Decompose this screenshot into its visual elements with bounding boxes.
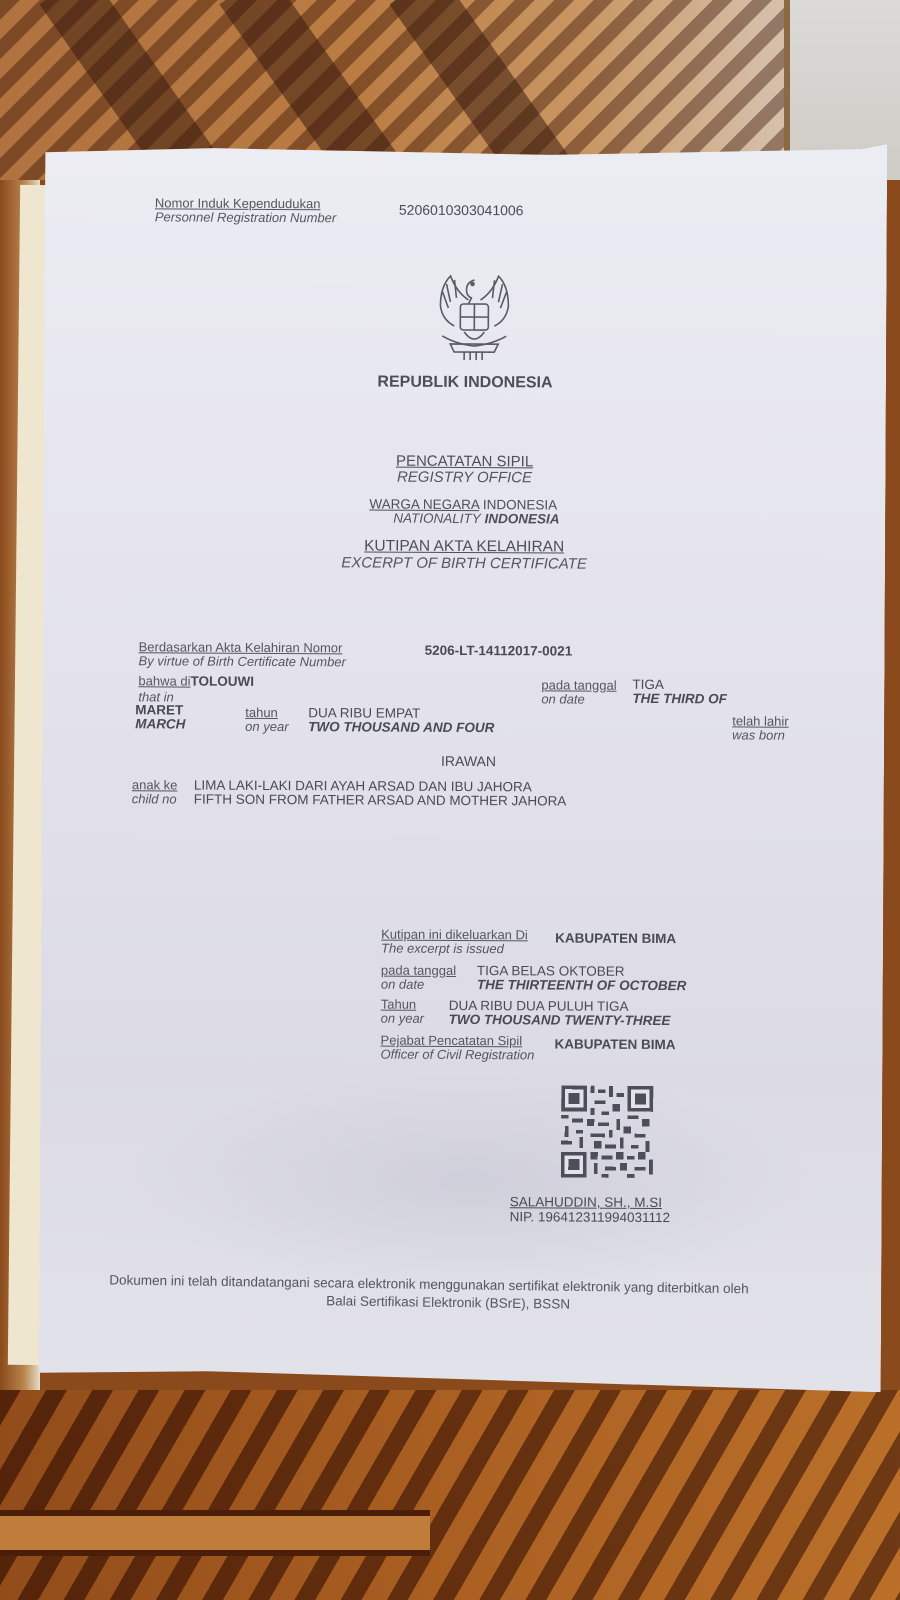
nationality-block: WARGA NEGARA INDONESIA NATIONALITY INDON… bbox=[369, 498, 559, 527]
officer-value: KABUPATEN BIMA bbox=[555, 1037, 676, 1052]
certificate-number: 5206-LT-14112017-0021 bbox=[425, 644, 573, 659]
birth-day-block: TIGA THE THIRD OF bbox=[632, 678, 727, 706]
paper-crease bbox=[119, 1070, 820, 1294]
officer-label-en: Officer of Civil Registration bbox=[380, 1048, 534, 1063]
nationality-label-en: NATIONALITY bbox=[393, 511, 481, 526]
issued-label-block: Kutipan ini dikeluarkan Di The excerpt i… bbox=[381, 928, 528, 957]
certificate-label-en: By virtue of Birth Certificate Number bbox=[139, 654, 346, 669]
child-value-en: FIFTH SON FROM FATHER ARSAD AND MOTHER J… bbox=[194, 793, 567, 809]
signatory-nip: NIP. 196412311994031112 bbox=[510, 1209, 670, 1225]
nationality-label: WARGA NEGARA bbox=[369, 497, 479, 513]
birth-year-value-en: TWO THOUSAND AND FOUR bbox=[308, 720, 494, 735]
issued-date-value-en: THE THIRTEENTH OF OCTOBER bbox=[477, 978, 687, 993]
garuda-emblem-icon bbox=[424, 270, 525, 369]
footer-note-line2: Balai Sertifikasi Elektronik (BSrE), BSS… bbox=[326, 1292, 570, 1312]
issued-year-block: DUA RIBU DUA PULUH TIGA TWO THOUSAND TWE… bbox=[449, 999, 671, 1028]
office-block: PENCATATAN SIPIL REGISTRY OFFICE bbox=[43, 452, 885, 488]
signatory-name: SALAHUDDIN, SH., M.SI bbox=[510, 1194, 670, 1210]
certificate-label-block: Berdasarkan Akta Kelahiran Nomor By virt… bbox=[139, 640, 347, 669]
tablecloth-band bbox=[0, 1510, 430, 1556]
document-title-block: KUTIPAN AKTA KELAHIRAN EXCERPT OF BIRTH … bbox=[43, 536, 885, 574]
place-block: bahwa diTOLOUWI that in bbox=[138, 672, 254, 705]
birth-month-block: MARET MARCH bbox=[135, 703, 185, 731]
born-label-en: was born bbox=[732, 728, 788, 742]
birth-date-label-block: pada tanggal on date bbox=[541, 678, 616, 706]
nik-label-en: Personnel Registration Number bbox=[155, 210, 336, 225]
child-label-block: anak ke child no bbox=[132, 778, 178, 806]
place-value: TOLOUWI bbox=[190, 674, 254, 689]
issued-label-en: The excerpt is issued bbox=[381, 942, 528, 957]
child-label-en: child no bbox=[132, 792, 178, 806]
issued-date-block: TIGA BELAS OKTOBER THE THIRTEENTH OF OCT… bbox=[477, 964, 687, 993]
born-label-block: telah lahir was born bbox=[732, 714, 789, 742]
birth-certificate-paper: Nomor Induk Kependudukan Personnel Regis… bbox=[39, 140, 888, 1392]
qr-code-icon bbox=[561, 1086, 653, 1178]
issued-place-value: KABUPATEN BIMA bbox=[555, 931, 676, 946]
officer-label-block: Pejabat Pencatatan Sipil Officer of Civi… bbox=[380, 1034, 534, 1063]
issued-date-label-block: pada tanggal on date bbox=[381, 964, 456, 992]
nik-value: 5206010303041006 bbox=[399, 202, 524, 219]
nationality-value-en: INDONESIA bbox=[485, 511, 560, 526]
issued-year-label-en: on year bbox=[381, 1012, 424, 1026]
birth-day-value-en: THE THIRD OF bbox=[632, 692, 727, 706]
signatory-block: SALAHUDDIN, SH., M.SI NIP. 1964123119940… bbox=[510, 1194, 671, 1225]
issued-year-label-block: Tahun on year bbox=[381, 998, 425, 1026]
background-tablecloth-bottom bbox=[0, 1390, 900, 1600]
birth-date-label-en: on date bbox=[541, 692, 616, 706]
office-title-en: REGISTRY OFFICE bbox=[43, 468, 885, 488]
country-title: REPUBLIK INDONESIA bbox=[44, 372, 886, 394]
nik-label-block: Nomor Induk Kependudukan Personnel Regis… bbox=[155, 196, 337, 225]
issued-date-label-en: on date bbox=[381, 978, 456, 992]
birth-year-label-block: tahun on year bbox=[245, 706, 289, 734]
child-value-block: LIMA LAKI-LAKI DARI AYAH ARSAD DAN IBU J… bbox=[194, 779, 567, 809]
place-label: bahwa di bbox=[138, 673, 190, 688]
birth-year-block: DUA RIBU EMPAT TWO THOUSAND AND FOUR bbox=[308, 706, 494, 735]
issued-year-value-en: TWO THOUSAND TWENTY-THREE bbox=[449, 1013, 671, 1028]
birth-year-label-en: on year bbox=[245, 720, 288, 734]
child-name: IRAWAN bbox=[441, 753, 496, 769]
birth-month-value-en: MARCH bbox=[135, 717, 185, 731]
document-title-en: EXCERPT OF BIRTH CERTIFICATE bbox=[43, 553, 885, 574]
